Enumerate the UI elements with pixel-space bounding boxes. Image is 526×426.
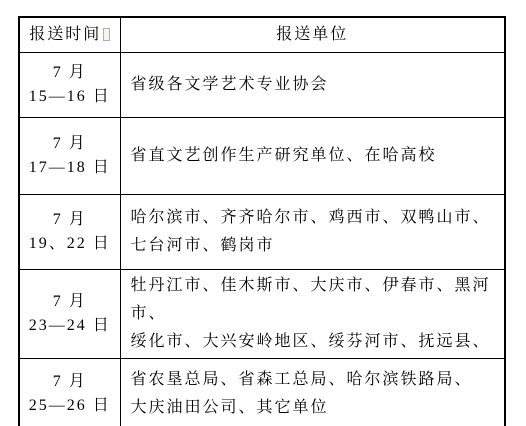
document-page: 报送时间 报送单位 7 月 15—16 日 省级各文学艺术专业协会 7 月 [0,0,526,426]
header-time-label: 报送时间 [29,26,101,43]
table-row: 7 月 17—18 日 省直文艺创作生产研究单位、在哈高校 [19,117,505,194]
time-cell: 7 月 17—18 日 [19,117,120,194]
time-cell: 7 月 19、22 日 [19,194,120,269]
unit-line: 省直文艺创作生产研究单位、在哈高校 [131,142,499,170]
time-days: 17—18 日 [20,156,120,180]
time-month: 7 月 [20,208,120,232]
unit-line: 大庆油田公司、其它单位 [131,394,499,422]
time-days: 15—16 日 [20,85,120,109]
unit-cell: 省直文艺创作生产研究单位、在哈高校 [120,117,505,194]
table-row: 7 月 23—24 日 牡丹江市、佳木斯市、大庆市、伊春市、黑河市、 绥化市、大… [19,269,505,358]
submission-schedule-table: 报送时间 报送单位 7 月 15—16 日 省级各文学艺术专业协会 7 月 [18,16,506,426]
header-row: 报送时间 报送单位 [19,17,505,52]
time-month: 7 月 [20,290,120,314]
table-row: 7 月 25—26 日 省农垦总局、省森工总局、哈尔滨铁路局、 大庆油田公司、其… [19,358,505,426]
header-unit-label: 报送单位 [276,26,348,43]
header-cell-time: 报送时间 [19,17,120,52]
time-days: 19、22 日 [20,232,120,256]
unit-line: 省级各文学艺术专业协会 [131,71,499,99]
unit-cell: 哈尔滨市、齐齐哈尔市、鸡西市、双鸭山市、 七台河市、鹤岗市 [120,194,505,269]
table-row: 7 月 15—16 日 省级各文学艺术专业协会 [19,52,505,117]
unit-line: 哈尔滨市、齐齐哈尔市、鸡西市、双鸭山市、 [131,204,499,232]
unit-cell: 省农垦总局、省森工总局、哈尔滨铁路局、 大庆油田公司、其它单位 [120,358,505,426]
time-days: 23—24 日 [20,314,120,338]
unit-cell: 牡丹江市、佳木斯市、大庆市、伊春市、黑河市、 绥化市、大兴安岭地区、绥芬河市、抚… [120,269,505,358]
end-of-cell-mark-icon [103,28,110,41]
unit-line: 牡丹江市、佳木斯市、大庆市、伊春市、黑河市、 [131,272,499,328]
unit-cell: 省级各文学艺术专业协会 [120,52,505,117]
time-cell: 7 月 25—26 日 [19,358,120,426]
time-days: 25—26 日 [20,394,120,418]
header-cell-unit: 报送单位 [120,17,505,52]
table-row: 7 月 19、22 日 哈尔滨市、齐齐哈尔市、鸡西市、双鸭山市、 七台河市、鹤岗… [19,194,505,269]
unit-line: 七台河市、鹤岗市 [131,232,499,260]
time-cell: 7 月 15—16 日 [19,52,120,117]
time-cell: 7 月 23—24 日 [19,269,120,358]
unit-line: 绥化市、大兴安岭地区、绥芬河市、抚远县、 [131,328,499,356]
time-month: 7 月 [20,132,120,156]
unit-line: 省农垦总局、省森工总局、哈尔滨铁路局、 [131,366,499,394]
time-month: 7 月 [20,61,120,85]
time-month: 7 月 [20,370,120,394]
